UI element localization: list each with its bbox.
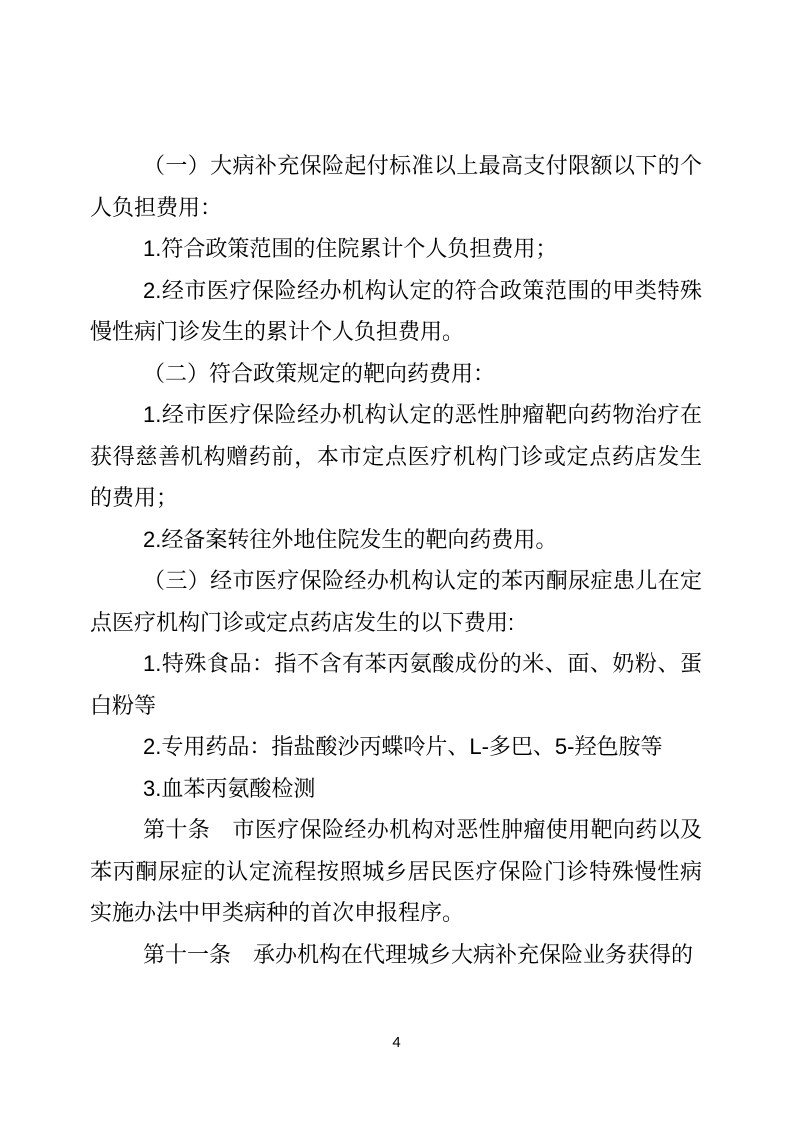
document-page: （一）大病补充保险起付标准以上最高支付限额以下的个人负担费用：1.符合政策范围的… [0, 0, 793, 1122]
paragraph: （二）符合政策规定的靶向药费用： [90, 353, 702, 395]
paragraph: 第十一条 承办机构在代理城乡大病补充保险业务获得的 [90, 934, 702, 976]
paragraph: （三）经市医疗保险经办机构认定的苯丙酮尿症患儿在定点医疗机构门诊或定点药店发生的… [90, 560, 702, 643]
page-footer: 4 [0, 1033, 793, 1053]
paragraph: 3.血苯丙氨酸检测 [90, 768, 702, 810]
paragraph: 第十条 市医疗保险经办机构对恶性肿瘤使用靶向药以及苯丙酮尿症的认定流程按照城乡居… [90, 809, 702, 934]
paragraph: 1.特殊食品：指不含有苯丙氨酸成份的米、面、奶粉、蛋白粉等 [90, 643, 702, 726]
paragraph: 1.符合政策范围的住院累计个人负担费用； [90, 228, 702, 270]
paragraph: （一）大病补充保险起付标准以上最高支付限额以下的个人负担费用： [90, 145, 702, 228]
paragraph: 1.经市医疗保险经办机构认定的恶性肿瘤靶向药物治疗在获得慈善机构赠药前，本市定点… [90, 394, 702, 519]
document-body: （一）大病补充保险起付标准以上最高支付限额以下的个人负担费用：1.符合政策范围的… [90, 145, 702, 975]
paragraph: 2.经备案转往外地住院发生的靶向药费用。 [90, 519, 702, 561]
paragraph: 2.经市医疗保险经办机构认定的符合政策范围的甲类特殊慢性病门诊发生的累计个人负担… [90, 270, 702, 353]
paragraph: 2.专用药品：指盐酸沙丙蝶呤片、L-多巴、5-羟色胺等 [90, 726, 702, 768]
page-number: 4 [392, 1034, 400, 1051]
